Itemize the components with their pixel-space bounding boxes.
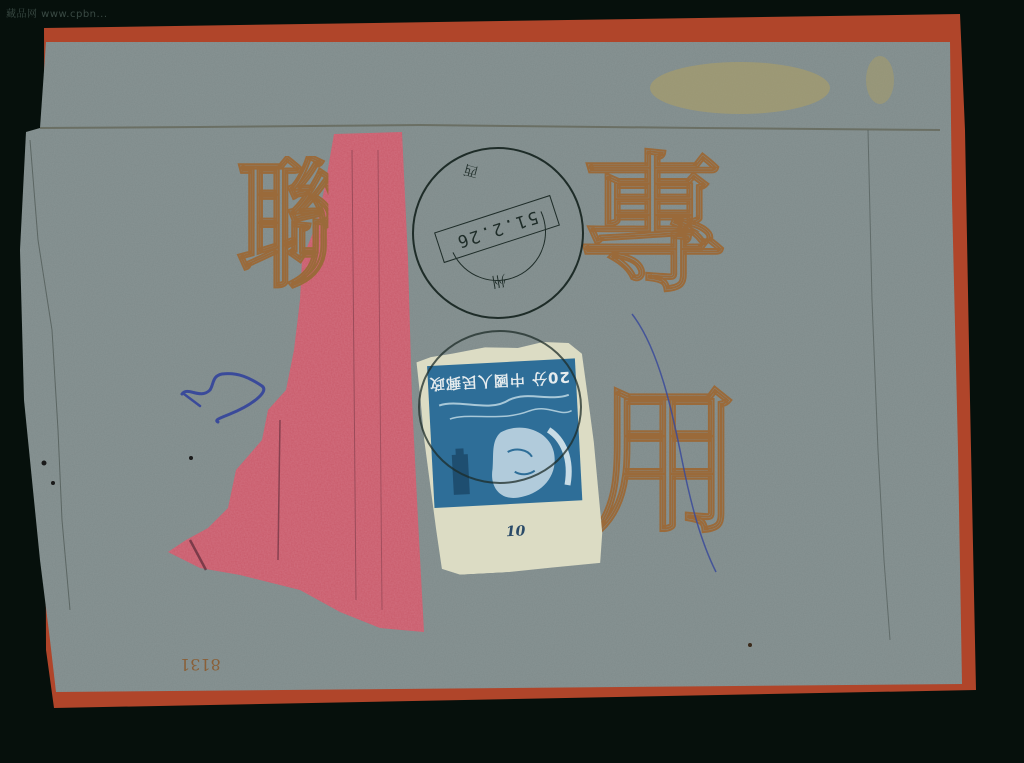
postmark-tag-text: 西 (462, 160, 481, 183)
stamp-margin-number: 10 (505, 523, 525, 540)
printed-char-zhuan: 專 (578, 150, 728, 300)
serial-number: 8131 (180, 655, 221, 674)
printed-char-yong: 用 (592, 384, 742, 542)
postmark-lower (418, 330, 582, 484)
postmark-upper: 西 51.2.26 州 (412, 147, 584, 319)
